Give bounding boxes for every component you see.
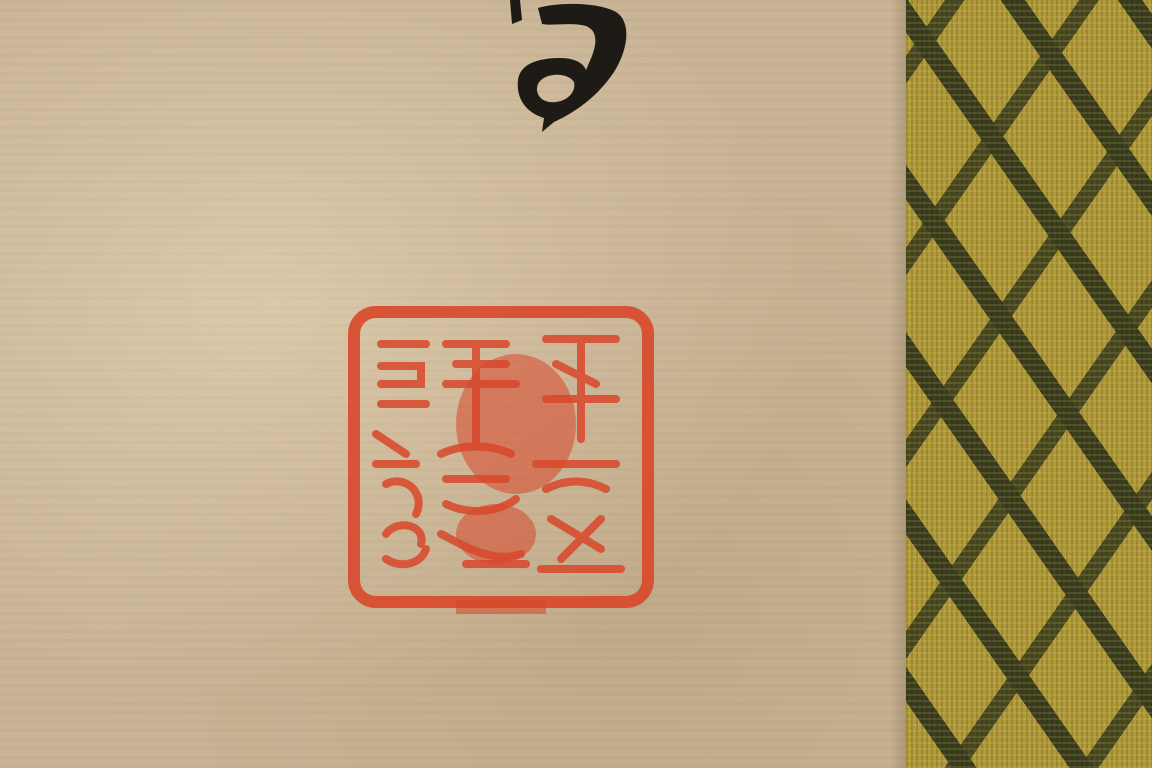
brocade-border — [906, 0, 1152, 768]
red-seal-stamp — [346, 304, 656, 616]
calligraphy-ink-stroke — [498, 0, 632, 134]
